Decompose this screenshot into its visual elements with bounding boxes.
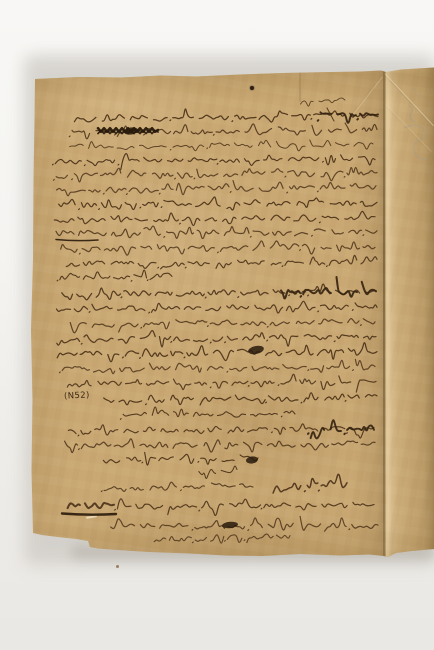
handwriting-body-line — [70, 140, 373, 151]
handwriting-body-line — [54, 211, 375, 225]
handwriting-body-line — [57, 343, 377, 362]
handwriting-body-line — [53, 154, 376, 170]
ink-blot — [247, 344, 264, 355]
handwriting-body-line — [57, 301, 378, 313]
handwriting-paragraph-end-line — [120, 407, 295, 419]
handwriting-paragraph-end-line — [103, 453, 258, 466]
handwriting-ink-layer — [0, 0, 434, 650]
handwriting-body-line — [57, 331, 376, 347]
pencil-ghost-mark — [413, 88, 419, 98]
handwriting-body-line — [69, 123, 377, 139]
handwriting-body-line-bold-head — [281, 277, 376, 298]
handwriting-body-line — [56, 226, 377, 238]
handwriting-body-line — [68, 424, 374, 438]
pencil-ghost-mark — [404, 125, 427, 159]
handwriting-body-line-with-number — [104, 393, 377, 405]
manuscript-photograph: Photograph of a single-page handwritten … — [0, 0, 434, 650]
handwriting-paragraph-end-line — [57, 270, 172, 281]
handwriting-postscript-heading — [68, 503, 114, 508]
handwriting-body-line — [59, 197, 377, 210]
underline-mark — [56, 240, 98, 241]
pencil-ghost-mark — [409, 106, 414, 122]
handwriting-body-line — [57, 181, 377, 196]
handwriting-signature-title — [101, 482, 253, 491]
handwriting-postscript-end-line — [154, 534, 290, 543]
ink-blot — [123, 126, 138, 135]
handwriting-body-line — [74, 109, 378, 122]
catalog-number-fragment: (N52) — [64, 390, 90, 401]
handwriting-closing-phrase — [199, 466, 237, 479]
handwriting-body-line — [70, 319, 375, 333]
handwriting-body-line — [66, 255, 377, 268]
handwriting-body-line — [65, 439, 375, 453]
handwriting-postscript-line — [111, 516, 378, 531]
handwriting-body-line — [54, 168, 378, 182]
handwriting-body-line-bold-head — [318, 112, 378, 122]
handwriting-interline-insertion — [301, 98, 346, 106]
underline-mark — [62, 514, 116, 515]
handwriting-body-line — [67, 374, 376, 392]
handwriting-body-line — [61, 241, 375, 255]
handwriting-signature-name — [273, 474, 347, 493]
handwriting-body-line — [60, 359, 376, 373]
handwriting-postscript-line — [115, 499, 374, 516]
